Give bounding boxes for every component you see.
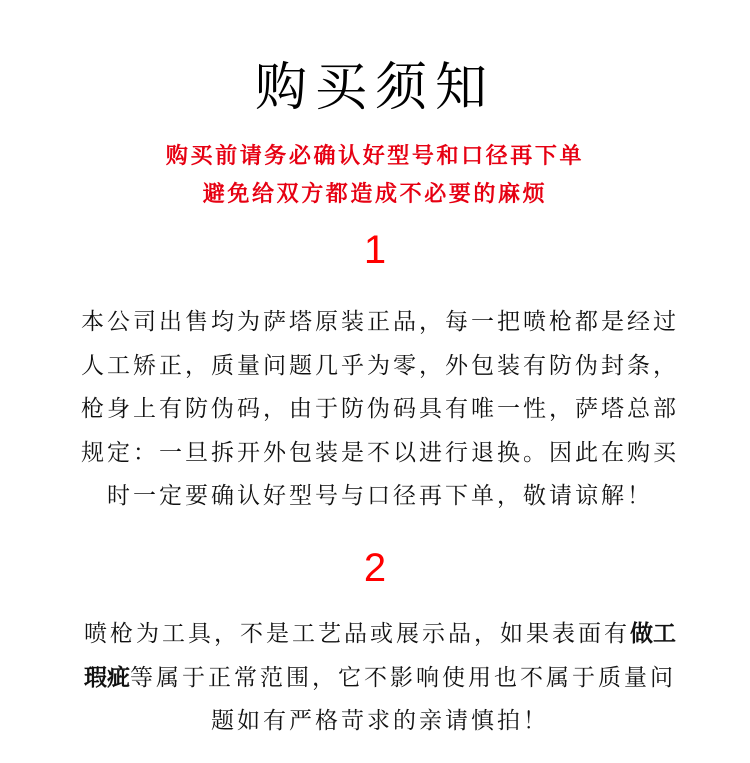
section-2-line-1: 喷枪为工具，不是工艺品或展示品，如果表面有做工 — [40, 613, 720, 657]
warning-line-1: 购买前请务必确认好型号和口径再下单 — [0, 140, 750, 174]
section-1-line-4: 规定：一旦拆开外包装是不以进行退换。因此在购买 — [40, 432, 720, 476]
section-2-line-2-text: 等属于正常范围，它不影响使用也不属于质量问 — [130, 665, 676, 691]
section-2-line-3: 题如有严格苛求的亲请慎拍！ — [40, 700, 720, 744]
warning-line-2: 避免给双方都造成不必要的麻烦 — [0, 178, 750, 212]
section-1-paragraph: 本公司出售均为萨塔原装正品，每一把喷枪都是经过 人工矫正，质量问题几乎为零，外包… — [40, 301, 720, 519]
section-2-emphasis-1: 做工 — [630, 621, 676, 647]
section-2-line-2: 瑕疵等属于正常范围，它不影响使用也不属于质量问 — [40, 657, 720, 701]
section-2-line-1-text: 喷枪为工具，不是工艺品或展示品，如果表面有 — [84, 621, 630, 647]
section-number-1: 1 — [0, 225, 750, 275]
section-1-line-1: 本公司出售均为萨塔原装正品，每一把喷枪都是经过 — [40, 301, 720, 345]
page-title: 购买须知 — [0, 52, 750, 124]
section-2-emphasis-2: 瑕疵 — [84, 665, 130, 691]
section-1-line-2: 人工矫正，质量问题几乎为零，外包装有防伪封条， — [40, 345, 720, 389]
section-2-paragraph: 喷枪为工具，不是工艺品或展示品，如果表面有做工 瑕疵等属于正常范围，它不影响使用… — [40, 613, 720, 744]
section-1-line-3: 枪身上有防伪码，由于防伪码具有唯一性，萨塔总部 — [40, 388, 720, 432]
section-number-2: 2 — [0, 543, 750, 593]
section-1-line-5: 时一定要确认好型号与口径再下单，敬请谅解！ — [40, 475, 720, 519]
